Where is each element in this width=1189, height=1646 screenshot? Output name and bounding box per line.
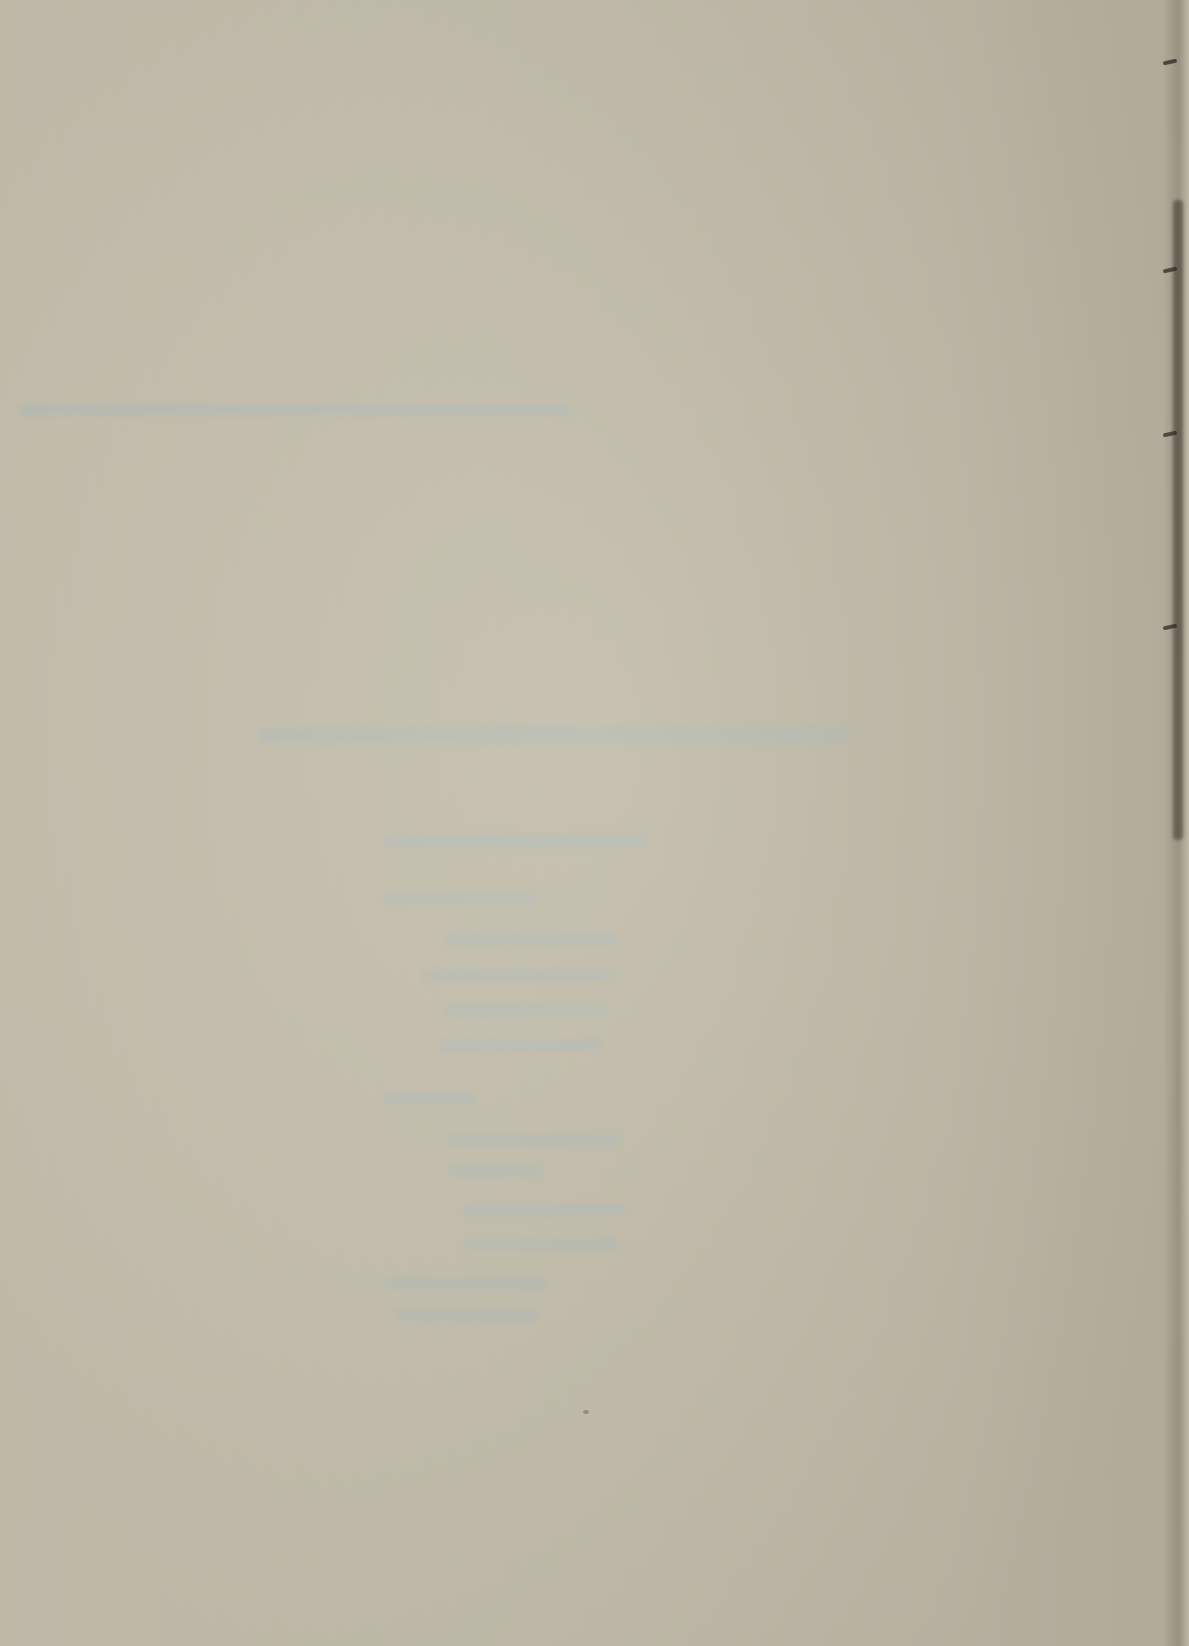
bleed-through-line [385,893,535,903]
paper-speck [583,1410,589,1414]
bleed-through-line [465,1240,615,1250]
binding-shadow [1173,200,1183,840]
bleed-through-line [20,405,570,415]
bleed-through-line [445,935,615,945]
bleed-through-line [395,1310,535,1320]
bleed-through-line [385,1093,475,1103]
blank-page [0,0,1189,1646]
bleed-through-line [385,835,645,847]
bleed-through-line [440,1040,600,1050]
bleed-through-line [385,1278,545,1288]
bleed-through-line [450,1135,620,1145]
bleed-through-line [445,1005,605,1015]
bleed-through-line [260,728,850,742]
bleed-through-line [465,1205,625,1215]
bleed-through-line [450,1165,540,1175]
bleed-through-line [425,970,615,980]
